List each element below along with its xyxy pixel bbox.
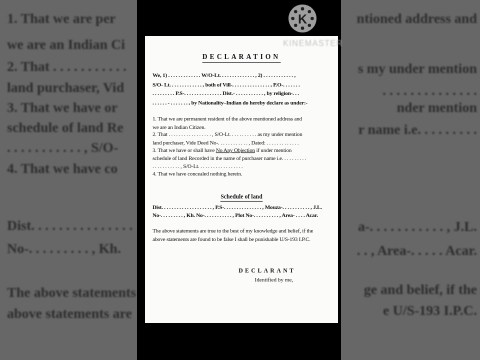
bg-text-fragment: . . , Area-. . . . . Acar. <box>357 244 477 260</box>
bg-text-fragment: r name i.e. . . . . . . . . <box>358 123 477 139</box>
item-line: we are an Indian Citizen. <box>152 123 330 131</box>
document-page: DECLARATION We, 1) . . . . . . . . . . .… <box>145 36 338 323</box>
intro-line: We, 1) . . . . . . . . . . . . . W/O-Lt.… <box>152 71 330 80</box>
schedule-of-land: Dist. . . . . . . . . . . . . . . . . . … <box>152 203 330 219</box>
identified-by-label: Identified by me, <box>152 276 295 282</box>
bg-text-fragment: nder mention <box>397 101 477 117</box>
bg-text-fragment: Dist. . . . . . . . . . . . . . . <box>7 219 133 235</box>
intro-line: . . . . . . - . . . . . . . , by Nationa… <box>152 98 330 107</box>
closing-paragraph: The above statements are true to the bes… <box>152 227 330 243</box>
bg-text-fragment: 4. That we have co <box>7 162 118 178</box>
intro-paragraph: We, 1) . . . . . . . . . . . . . W/O-Lt.… <box>152 71 330 107</box>
signature-block: DECLARANT Identified by me, <box>152 268 330 282</box>
bg-text-fragment: a-. . . . . . . . . . . , J.L. <box>358 220 477 236</box>
schedule-line: No-. . . . . . . . . , Kh. No-. . . . . … <box>152 211 330 219</box>
item-line: 2. That . . . . . . . . . . . . . . . . … <box>152 131 330 139</box>
item-line: 1. That we are permanent resident of the… <box>152 115 330 123</box>
bg-text-fragment: 1. That we are per <box>7 12 116 28</box>
declarant-label: DECLARANT <box>152 268 295 274</box>
declaration-document: DECLARATION We, 1) . . . . . . . . . . .… <box>145 36 338 323</box>
intro-line: . . . . . . . . . P.S-. . . . . . . . . … <box>152 89 330 98</box>
item-text: 3. That we have or shall have <box>152 147 215 153</box>
item-line: 3. That we have or shall have No Any Obj… <box>152 146 330 154</box>
bg-text-fragment: . . . . . . . . . . . , S/O- <box>7 141 118 157</box>
bg-text-fragment: ntioned address and <box>357 12 477 28</box>
video-frame: 1. That we are per we are an Indian Ci 2… <box>0 0 480 360</box>
bg-text-fragment: No-. . . . . . . . . , Kh. <box>7 242 121 258</box>
item-line: schedule of land Recorded in the name of… <box>152 154 330 162</box>
item-line: . . . . . . . . . . . , S/O-Lt. . . . . … <box>152 162 330 170</box>
item-line: land purchaser, Vide Deed No-. . . . . .… <box>152 139 330 147</box>
video-column: DECLARATION We, 1) . . . . . . . . . . .… <box>137 0 341 360</box>
schedule-line: Dist. . . . . . . . . . . . . . . . . . … <box>152 203 330 211</box>
bg-text-fragment: . . . . . . . . . . . . . . <box>383 84 478 100</box>
bg-text-fragment: 2. That . . . . . . . . . . . <box>7 60 127 76</box>
kinemaster-logo-icon: K <box>287 3 318 34</box>
bg-text-fragment: schedule of land Re <box>7 121 123 137</box>
schedule-heading: Schedule of land <box>221 194 263 201</box>
kinemaster-watermark-text: KINEMASTER <box>283 39 343 48</box>
item-text: if under mention <box>255 147 292 153</box>
bg-text-fragment: e U/S-193 I.P.C. <box>383 304 477 320</box>
bg-text-fragment: The above statements <box>7 286 136 302</box>
no-objection-underlined: No Any Objection <box>216 147 255 153</box>
intro-line: S/O- Lt. . . . . . . . . . . . . , both … <box>152 80 330 89</box>
bg-text-fragment: ge and belief, if the <box>364 283 477 299</box>
declaration-items: 1. That we are permanent resident of the… <box>152 115 330 178</box>
item-line: 4. That we have concealed nothing herein… <box>152 170 330 178</box>
bg-text-fragment: land purchaser, Vid <box>7 81 124 97</box>
bg-text-fragment: 3. That we have or <box>7 101 118 117</box>
closing-line: above statements are found to be false I… <box>152 235 330 243</box>
bg-text-fragment: we are an Indian Ci <box>7 38 125 54</box>
bg-text-fragment: above statements are <box>7 307 132 323</box>
document-title: DECLARATION <box>202 53 280 62</box>
logo-letter-k: K <box>298 12 307 26</box>
closing-line: The above statements are true to the bes… <box>152 227 330 235</box>
bg-text-fragment: s my under mention <box>358 62 477 78</box>
